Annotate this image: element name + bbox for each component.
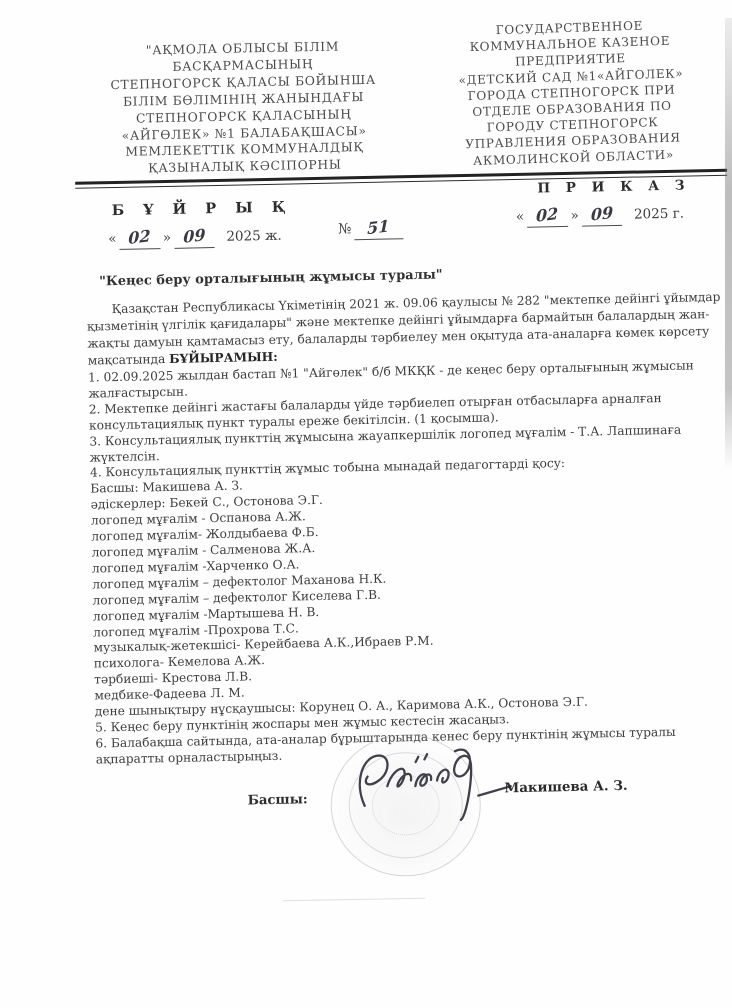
open-quote: « <box>516 209 525 225</box>
order-title-russian: П Р И К А З <box>537 177 690 196</box>
open-quote: « <box>108 231 117 247</box>
order-number: №51 <box>338 219 406 240</box>
order-date-russian: «02»092025 г. <box>516 205 684 228</box>
close-quote: » <box>570 208 579 224</box>
number-sign: № <box>338 221 352 237</box>
order-preamble: Қазақстан Республикасы Үкіметінің 2021 ж… <box>87 289 722 370</box>
close-quote: » <box>163 230 172 246</box>
handwritten-day: 02 <box>527 207 568 228</box>
order-verb-bold: БҰЙЫРАМЫН: <box>169 350 278 366</box>
handwritten-day: 02 <box>119 229 160 250</box>
order-date-kazakh: «02»092025 ж. <box>108 227 282 250</box>
scan-edge-shadow <box>725 18 732 470</box>
order-title-kazakh: Б Ұ Й Р Ы Қ <box>112 198 293 219</box>
order-body: 1. 02.09.2025 жылдан бастап №1 "Айгөлек"… <box>88 358 702 768</box>
handwritten-month: 09 <box>582 206 623 227</box>
signature-role-label: Басшы: <box>247 792 307 808</box>
page-content: "АҚМОЛА ОБЛЫСЫ БІЛІМБАСҚАРМАСЫНЫҢСТЕПНОГ… <box>0 0 732 1008</box>
handwritten-number: 51 <box>354 219 403 240</box>
handwritten-month: 09 <box>174 228 215 249</box>
header-left-kazakh: "АҚМОЛА ОБЛЫСЫ БІЛІМБАСҚАРМАСЫНЫҢСТЕПНОГ… <box>66 37 421 179</box>
year-label: 2025 г. <box>634 206 684 223</box>
header-right-russian: ГОСУДАРСТВЕННОЕКОММУНАЛЬНОЕ КАЗЕНОЕПРЕДП… <box>423 15 719 170</box>
signature-autograph-icon <box>344 734 525 834</box>
scanned-order-page: "АҚМОЛА ОБЛЫСЫ БІЛІМБАСҚАРМАСЫНЫҢСТЕПНОГ… <box>0 0 732 1008</box>
signer-name: Макишева А. З. <box>504 778 627 796</box>
year-label: 2025 ж. <box>226 228 282 245</box>
order-subject-title: "Кеңес беру орталығының жұмысы туралы" <box>99 267 443 289</box>
preamble-regular: мақсатында <box>88 352 170 368</box>
